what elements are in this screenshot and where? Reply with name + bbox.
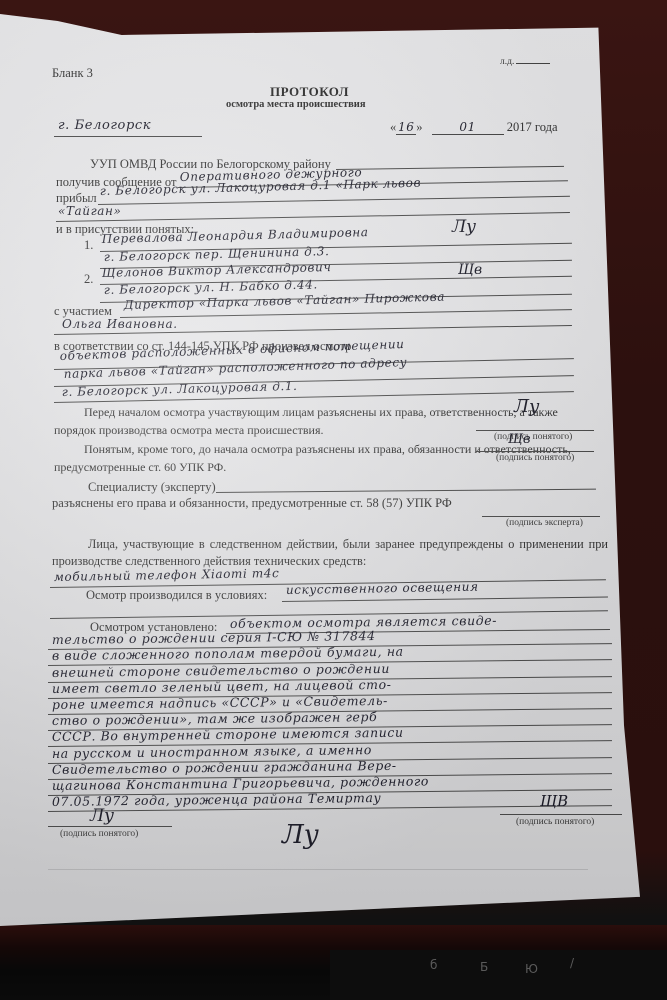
bottom-signature-left: Лу — [90, 806, 114, 826]
conditions-value: искусственного освещения — [286, 580, 479, 597]
tech-paragraph: Лица, участвующие в следственном действи… — [52, 536, 608, 570]
arrived-underline-2 — [56, 212, 570, 222]
keyboard-key: б — [430, 958, 437, 972]
date-month: 01 — [432, 120, 504, 135]
form-label: Бланк 3 — [52, 66, 93, 81]
expert-sign-line — [482, 516, 600, 517]
witness-sign-caption-1: (подпись понятого) — [494, 432, 572, 442]
bottom-sign-caption-left: (подпись понятого) — [60, 829, 138, 839]
expert-sign-caption: (подпись эксперта) — [506, 518, 583, 528]
conditions-underline — [282, 596, 608, 602]
bottom-signature-right: ЩВ — [540, 792, 568, 810]
officer-underline — [336, 166, 564, 170]
place-value: г. Белогорск — [58, 118, 151, 133]
case-page-text: л.д. — [500, 57, 514, 67]
conditions-label: Осмотр производился в условиях: — [86, 588, 267, 603]
document-subtitle: осмотра места происшествия — [226, 99, 366, 110]
witness-signature-upper-1: Лу — [514, 396, 539, 417]
tech-means-value: мобильный телефон Xiaomi m4c — [54, 566, 280, 584]
witness-2-number: 2. — [84, 272, 93, 287]
date-field: «16» 01 2017 года — [390, 120, 558, 135]
specialist-rights: разъяснены его права и обязанности, пред… — [52, 496, 452, 511]
keyboard-key: Б — [480, 960, 488, 974]
witness-sign-line-2 — [476, 451, 594, 452]
place-line — [54, 136, 202, 137]
bottom-signature-center: Лу — [282, 820, 319, 850]
document-title: ПРОТОКОЛ — [270, 84, 349, 100]
case-page-label: л.д. — [500, 57, 550, 67]
bottom-sign-line-right — [500, 814, 622, 815]
witness-2-signature: Щв — [458, 262, 482, 278]
date-close-quote: » — [416, 120, 422, 134]
participant-underline-1 — [120, 309, 572, 318]
keyboard-key: / — [570, 956, 574, 970]
witness-1-number: 1. — [84, 238, 93, 253]
bottom-sign-caption-right: (подпись понятого) — [516, 817, 594, 827]
keyboard-key: Ю — [525, 962, 538, 976]
participant-line2: Ольга Ивановна. — [62, 317, 178, 331]
specialist-underline — [216, 489, 596, 493]
date-day: 16 — [396, 120, 416, 135]
witness-sign-caption-2: (подпись понятого) — [496, 453, 574, 463]
arrived-underline-1 — [98, 196, 570, 205]
conducted-object-line3: г. Белогорск ул. Лакоцуровая д.1. — [62, 379, 298, 399]
date-year: 2017 года — [507, 120, 558, 134]
specialist-label: Специалисту (эксперту) — [88, 480, 216, 495]
protocol-sheet: Бланк 3 л.д. ПРОТОКОЛ осмотра места прои… — [0, 14, 640, 926]
witness-1-signature: Лу — [452, 217, 476, 237]
witness-signature-upper-2: Щв — [508, 432, 530, 447]
faint-line — [48, 869, 588, 870]
bottom-sign-line-left — [48, 826, 172, 827]
keyboard: б Б Ю / — [330, 950, 667, 1000]
witness-sign-line-1 — [476, 430, 594, 431]
arrived-at-line2: «Тайган» — [58, 204, 122, 218]
